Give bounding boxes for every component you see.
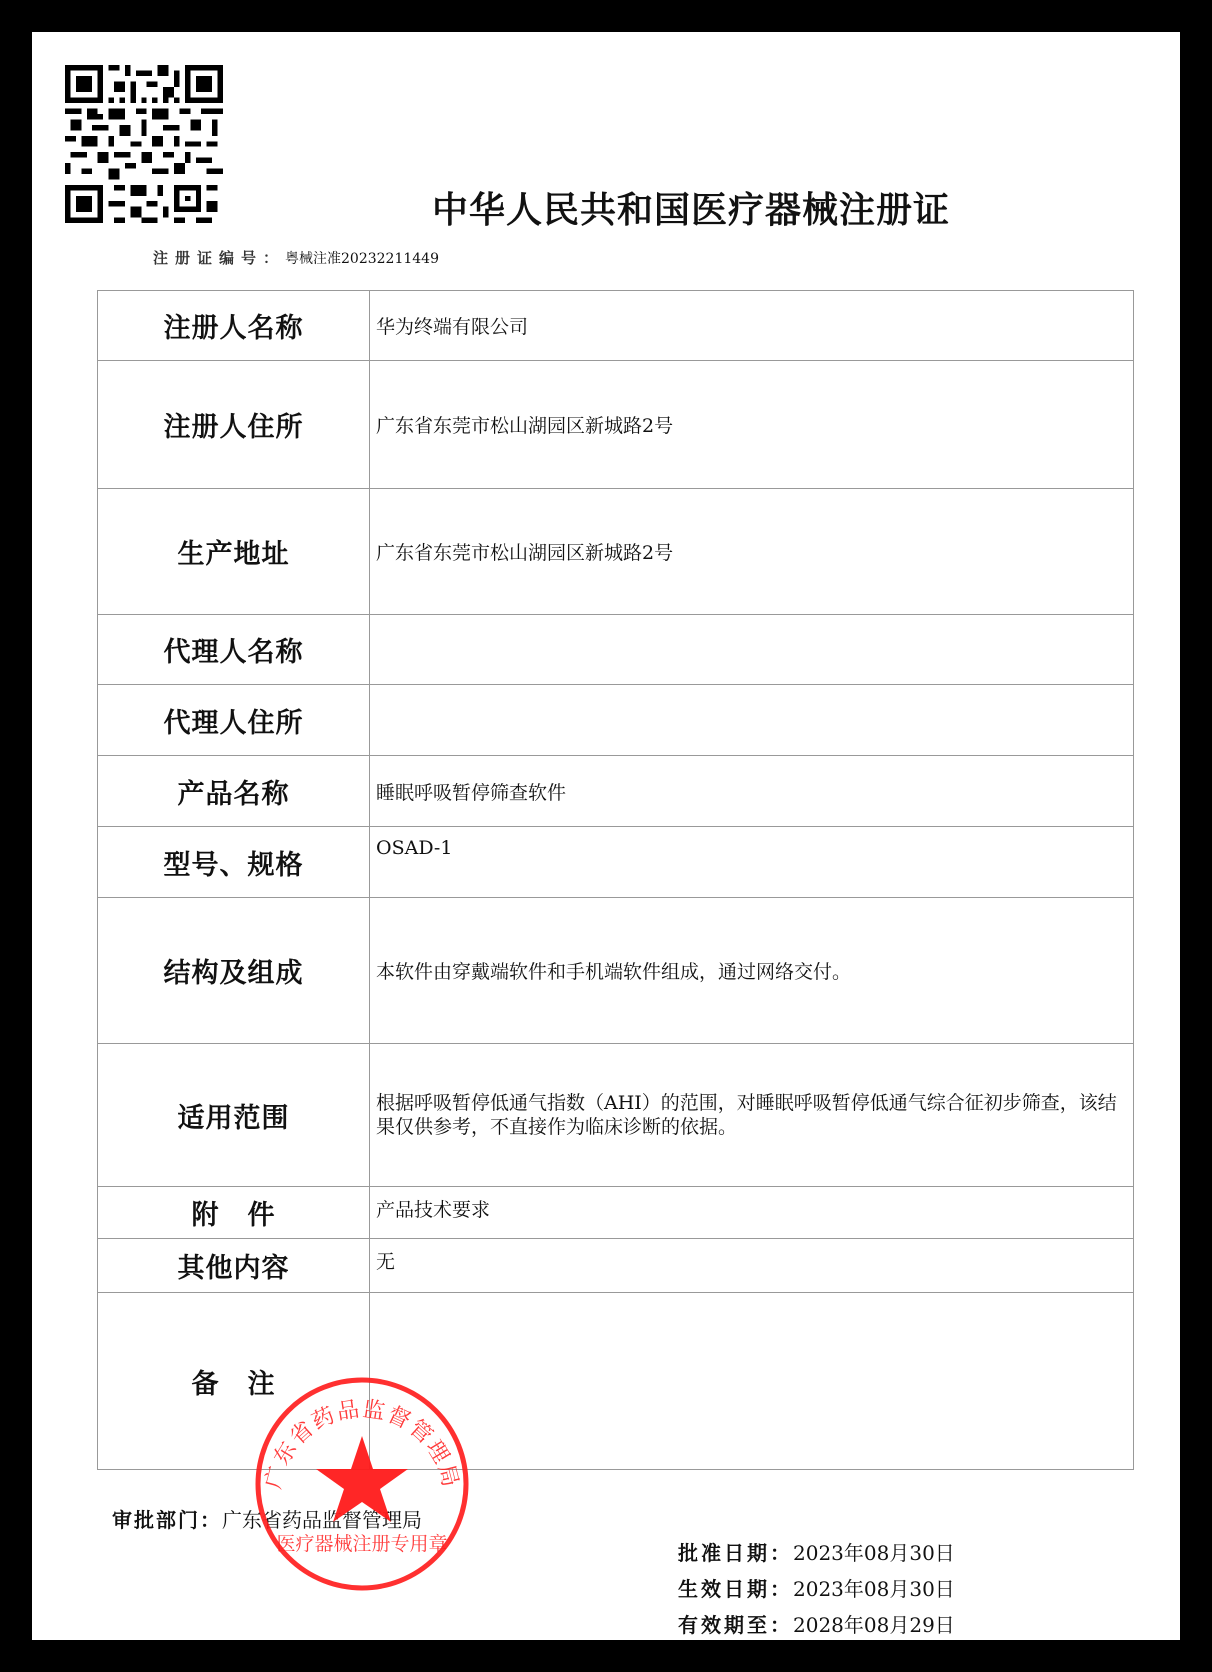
field-value	[370, 1293, 1134, 1470]
field-value: 华为终端有限公司	[370, 291, 1134, 361]
table-row: 结构及组成 本软件由穿戴端软件和手机端软件组成，通过网络交付。	[98, 898, 1134, 1044]
field-label: 附 件	[98, 1187, 370, 1239]
field-value	[370, 685, 1134, 756]
table-row: 备 注	[98, 1293, 1134, 1470]
field-value: 本软件由穿戴端软件和手机端软件组成，通过网络交付。	[370, 898, 1134, 1044]
effective-date: 生效日期：2023年08月30日	[678, 1571, 955, 1607]
dates-block: 批准日期：2023年08月30日 生效日期：2023年08月30日 有效期至：2…	[678, 1535, 955, 1643]
registration-number-value: 粤械注准20232211449	[285, 251, 439, 267]
field-label: 注册人住所	[98, 361, 370, 489]
certificate-table: 注册人名称 华为终端有限公司 注册人住所 广东省东莞市松山湖园区新城路2号 生产…	[97, 290, 1134, 1470]
field-label: 适用范围	[98, 1044, 370, 1187]
field-label: 生产地址	[98, 489, 370, 615]
effective-date-label: 生效日期：	[678, 1577, 793, 1601]
field-label: 产品名称	[98, 756, 370, 827]
field-label: 型号、规格	[98, 827, 370, 898]
field-value: 无	[370, 1239, 1134, 1293]
field-label: 备 注	[98, 1293, 370, 1470]
table-row: 型号、规格 OSAD-1	[98, 827, 1134, 898]
approval-date-value: 2023年08月30日	[793, 1541, 955, 1565]
field-label: 代理人住所	[98, 685, 370, 756]
field-value: 广东省东莞市松山湖园区新城路2号	[370, 489, 1134, 615]
table-row: 附 件 产品技术要求	[98, 1187, 1134, 1239]
field-label: 结构及组成	[98, 898, 370, 1044]
table-row: 其他内容 无	[98, 1239, 1134, 1293]
approval-department: 审批部门：广东省药品监督管理局	[112, 1504, 422, 1533]
table-row: 适用范围 根据呼吸暂停低通气指数（AHI）的范围，对睡眠呼吸暂停低通气综合征初步…	[98, 1044, 1134, 1187]
field-label: 注册人名称	[98, 291, 370, 361]
certificate-page: 中华人民共和国医疗器械注册证 注册证编号：粤械注准20232211449 注册人…	[32, 32, 1180, 1640]
approval-department-label: 审批部门：	[112, 1508, 222, 1532]
approval-date: 批准日期：2023年08月30日	[678, 1535, 955, 1571]
expiry-date-label: 有效期至：	[678, 1613, 793, 1637]
field-value	[370, 615, 1134, 685]
field-label: 代理人名称	[98, 615, 370, 685]
field-value: OSAD-1	[370, 827, 1134, 898]
table-row: 代理人住所	[98, 685, 1134, 756]
field-value: 广东省东莞市松山湖园区新城路2号	[370, 361, 1134, 489]
expiry-date-value: 2028年08月29日	[793, 1613, 955, 1637]
field-value: 产品技术要求	[370, 1187, 1134, 1239]
approval-date-label: 批准日期：	[678, 1541, 793, 1565]
page-title: 中华人民共和国医疗器械注册证	[32, 182, 1180, 233]
registration-number: 注册证编号：粤械注准20232211449	[153, 247, 439, 268]
table-row: 注册人住所 广东省东莞市松山湖园区新城路2号	[98, 361, 1134, 489]
table-row: 生产地址 广东省东莞市松山湖园区新城路2号	[98, 489, 1134, 615]
field-value: 根据呼吸暂停低通气指数（AHI）的范围，对睡眠呼吸暂停低通气综合征初步筛查，该结…	[370, 1044, 1134, 1187]
effective-date-value: 2023年08月30日	[793, 1577, 955, 1601]
field-label: 其他内容	[98, 1239, 370, 1293]
table-row: 代理人名称	[98, 615, 1134, 685]
table-row: 产品名称 睡眠呼吸暂停筛查软件	[98, 756, 1134, 827]
seal-inner-text: 医疗器械注册专用章	[276, 1533, 447, 1555]
approval-department-value: 广东省药品监督管理局	[222, 1508, 422, 1532]
expiry-date: 有效期至：2028年08月29日	[678, 1607, 955, 1643]
field-value: 睡眠呼吸暂停筛查软件	[370, 756, 1134, 827]
registration-number-label: 注册证编号：	[153, 249, 285, 267]
table-row: 注册人名称 华为终端有限公司	[98, 291, 1134, 361]
